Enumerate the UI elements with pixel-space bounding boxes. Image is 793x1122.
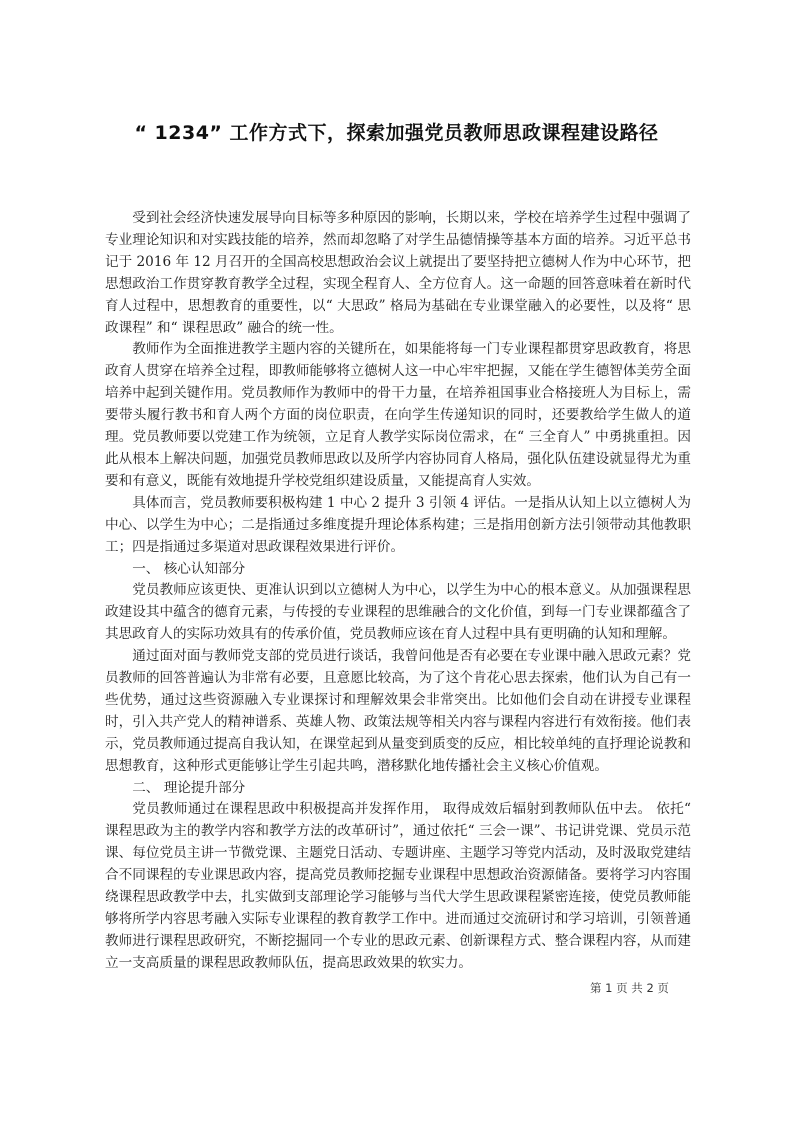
- paragraph-teacher-role: 教师作为全面推进教学主题内容的关键所在，如果能将每一门专业课程都贯穿思政教育，将…: [105, 339, 691, 492]
- paragraph-1234-framework: 具体而言，党员教师要积极构建 1 中心 2 提升 3 引领 4 评估。一是指从认…: [105, 493, 691, 559]
- paragraph-theory-improvement: 党员教师通过在课程思政中积极提高并发挥作用， 取得成效后辐射到教师队伍中去。 依…: [105, 799, 691, 974]
- document-body: 受到社会经济快速发展导向目标等多种原因的影响，长期以来，学校在培养学生过程中强调…: [105, 208, 691, 975]
- section-heading-theory-improvement: 二、 理论提升部分: [105, 778, 691, 800]
- document-title: “ 1234” 工作方式下，探索加强党员教师思政课程建设路径: [0, 118, 793, 145]
- paragraph-intro: 受到社会经济快速发展导向目标等多种原因的影响，长期以来，学校在培养学生过程中强调…: [105, 208, 691, 339]
- page-indicator: 第 1 页 共 2 页: [590, 980, 669, 996]
- section-heading-core-cognition: 一、 核心认知部分: [105, 559, 691, 581]
- document-page: “ 1234” 工作方式下，探索加强党员教师思政课程建设路径 受到社会经济快速发…: [0, 0, 793, 1122]
- paragraph-interview: 通过面对面与教师党支部的党员进行谈话，我曾问他是否有必要在专业课中融入思政元素？…: [105, 646, 691, 777]
- paragraph-core-cognition: 党员教师应该更快、更准认识到以立德树人为中心，以学生为中心的根本意义。从加强课程…: [105, 580, 691, 646]
